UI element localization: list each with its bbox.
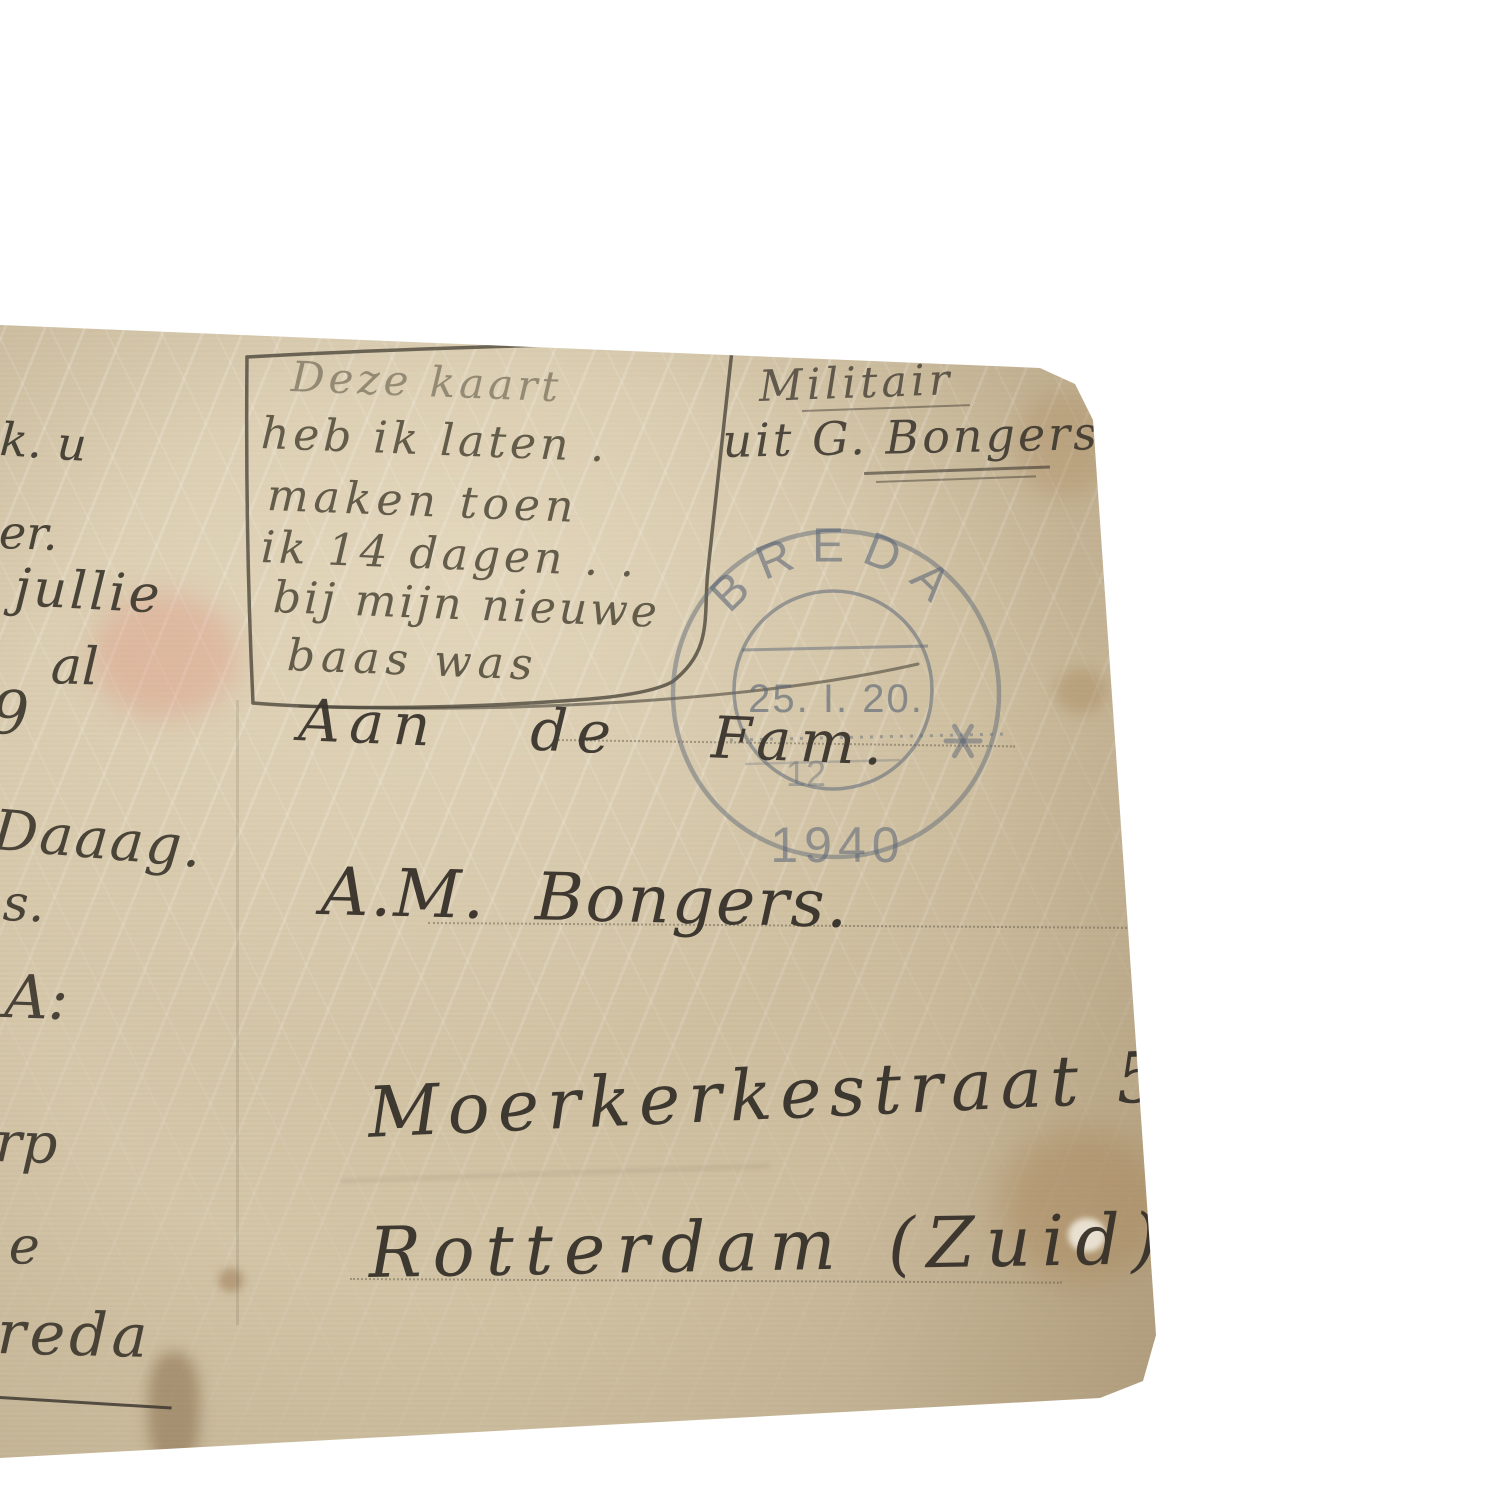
address-name: A.M. Bongers. xyxy=(320,853,850,943)
note-box-right-line xyxy=(672,341,733,682)
note-line-1: Deze kaart xyxy=(290,352,563,411)
left-fragment-7: s. xyxy=(2,874,46,933)
left-fragment-3: jullie xyxy=(13,558,164,626)
left-fragment-4: al xyxy=(50,636,100,698)
photo-background: BREDA 25. I. 20. 12 1940 Deze kaart heb … xyxy=(0,0,1512,1512)
sender-name: uit G. Bongers xyxy=(722,406,1100,468)
left-fragment-10: e xyxy=(8,1216,41,1277)
address-city: Rotterdam (Zuid) xyxy=(368,1198,1170,1294)
postmark-stamp: BREDA 25. I. 20. 12 1940 xyxy=(673,520,1005,873)
postmark-star-icon xyxy=(946,726,980,755)
note-box-left-line xyxy=(247,357,253,703)
note-line-6: baas was xyxy=(286,630,539,691)
left-fragment-11: reda xyxy=(0,1298,152,1372)
left-fragment-9: rp xyxy=(0,1110,59,1177)
postmark-date-bridge-top-line xyxy=(742,646,928,650)
sender-label: Militair xyxy=(758,355,954,412)
left-fragment-2: er. xyxy=(0,505,59,561)
left-fragment-5: 9 xyxy=(0,678,30,749)
left-fragment-1: k. u xyxy=(0,412,89,472)
postmark-city-arc-text: BREDA xyxy=(700,520,972,623)
left-fragment-8: A: xyxy=(4,962,70,1034)
postcard: BREDA 25. I. 20. 12 1940 Deze kaart heb … xyxy=(0,0,1512,1512)
address-street-superscript: A xyxy=(1220,1041,1248,1083)
